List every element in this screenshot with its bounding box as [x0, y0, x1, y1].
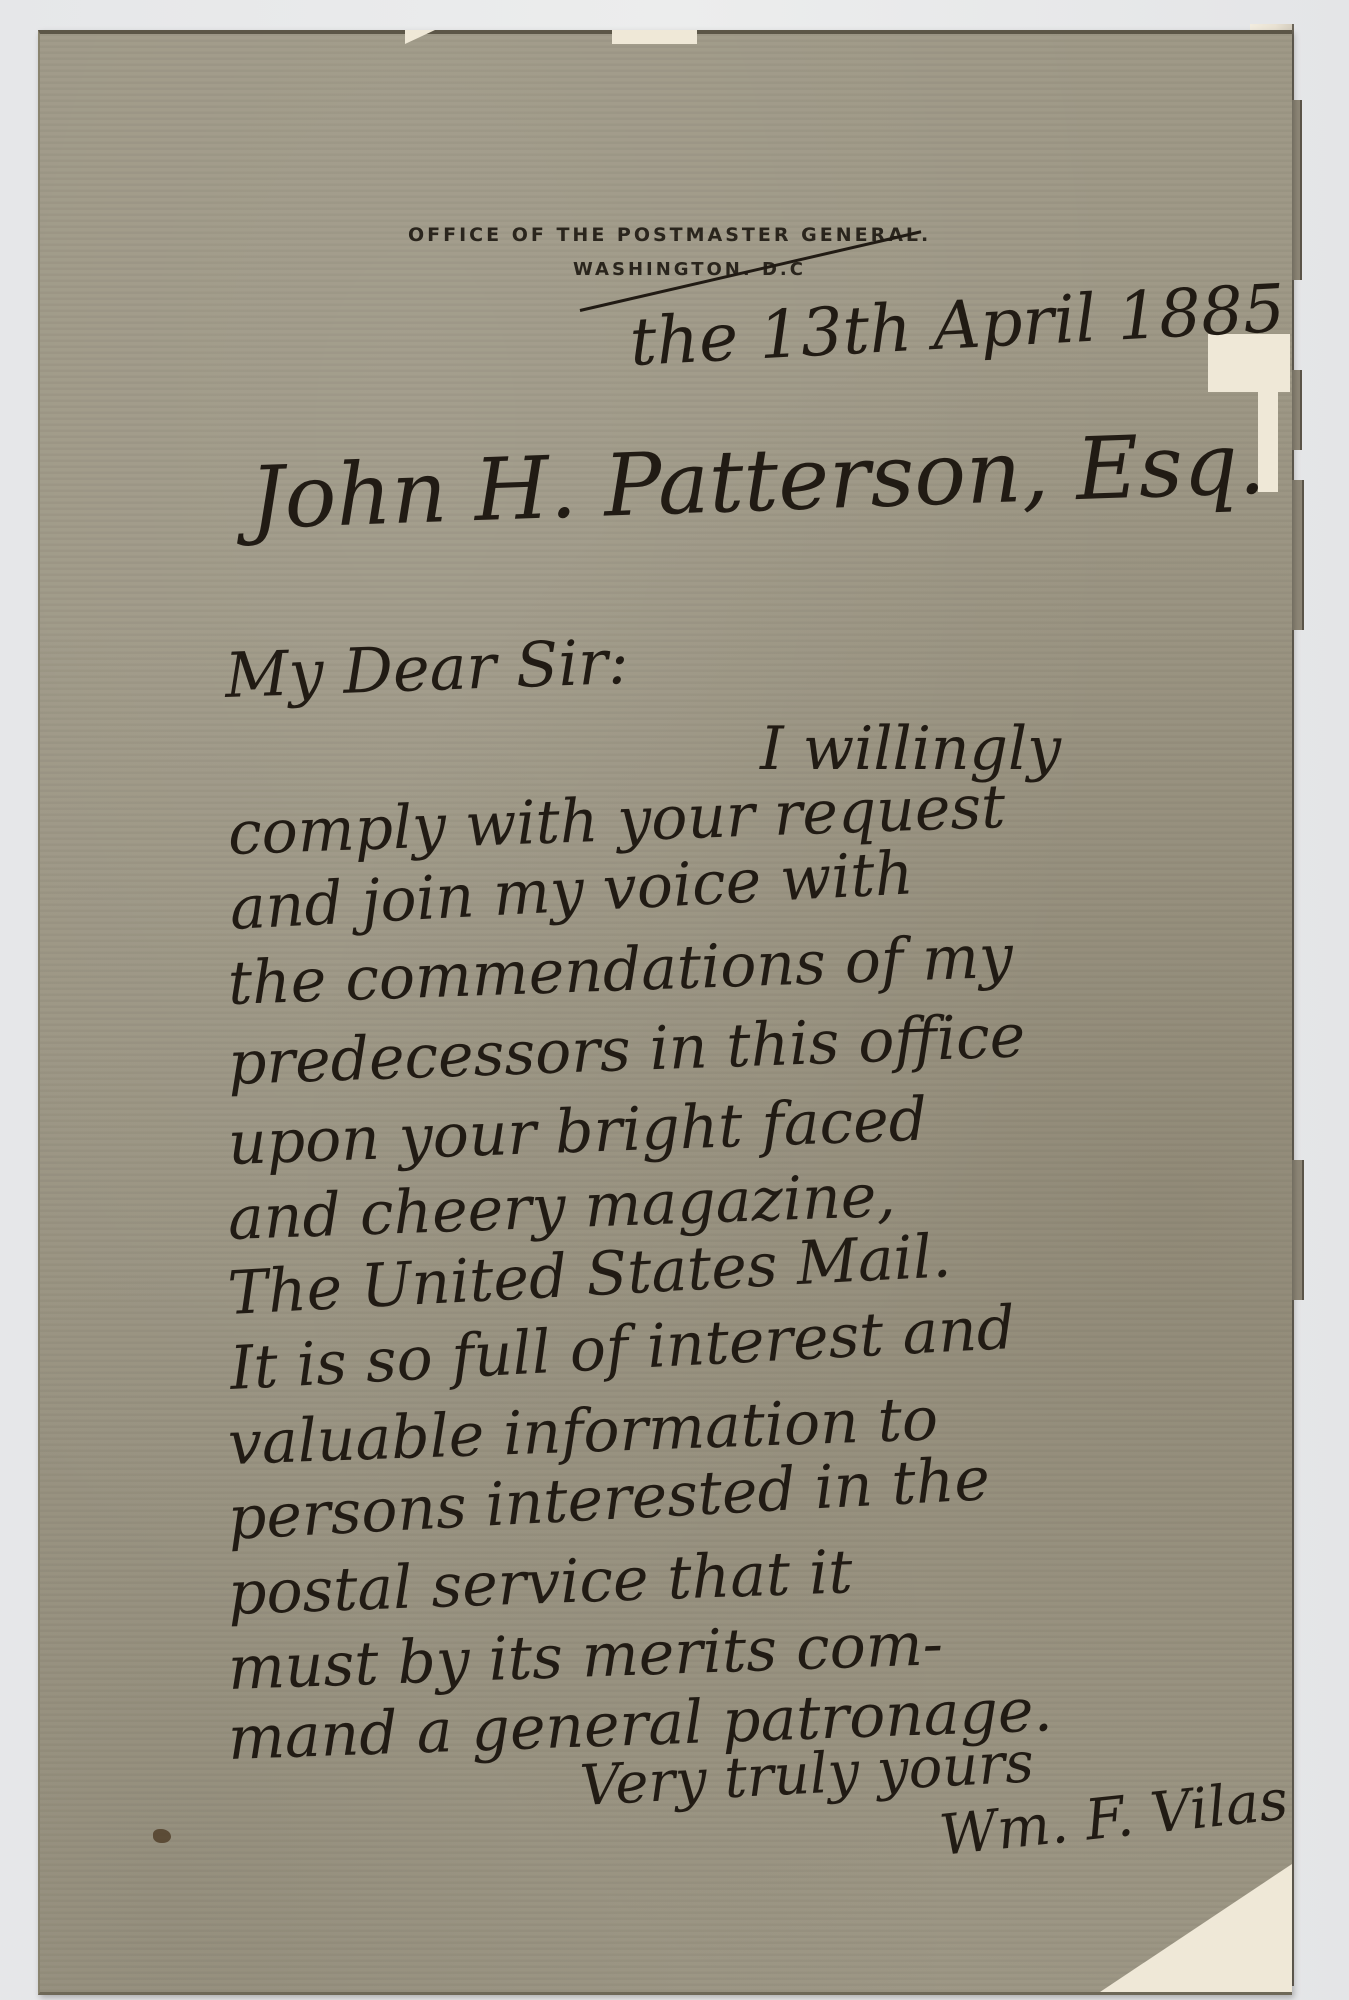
- torn-edge-top: [405, 30, 435, 44]
- recipient-name: John H. Patterson, Esq.: [248, 414, 1267, 549]
- paper-stain: [153, 1829, 171, 1843]
- torn-corner-bottom-right: [1100, 1864, 1292, 1992]
- letterhead-office: OFFICE OF THE POSTMASTER GENERAL.: [408, 224, 931, 246]
- letter-page: OFFICE OF THE POSTMASTER GENERAL. WASHIN…: [38, 30, 1292, 1995]
- salutation: My Dear Sir:: [224, 625, 630, 712]
- body-line: I willingly: [760, 714, 1061, 784]
- letter-date: the 13th April 1885: [628, 270, 1287, 381]
- back-page-tab: [1290, 1160, 1304, 1300]
- torn-edge-top: [612, 30, 697, 44]
- letterhead-city: WASHINGTON. D.C: [573, 259, 806, 280]
- photo-stage: OFFICE OF THE POSTMASTER GENERAL. WASHIN…: [0, 0, 1349, 2000]
